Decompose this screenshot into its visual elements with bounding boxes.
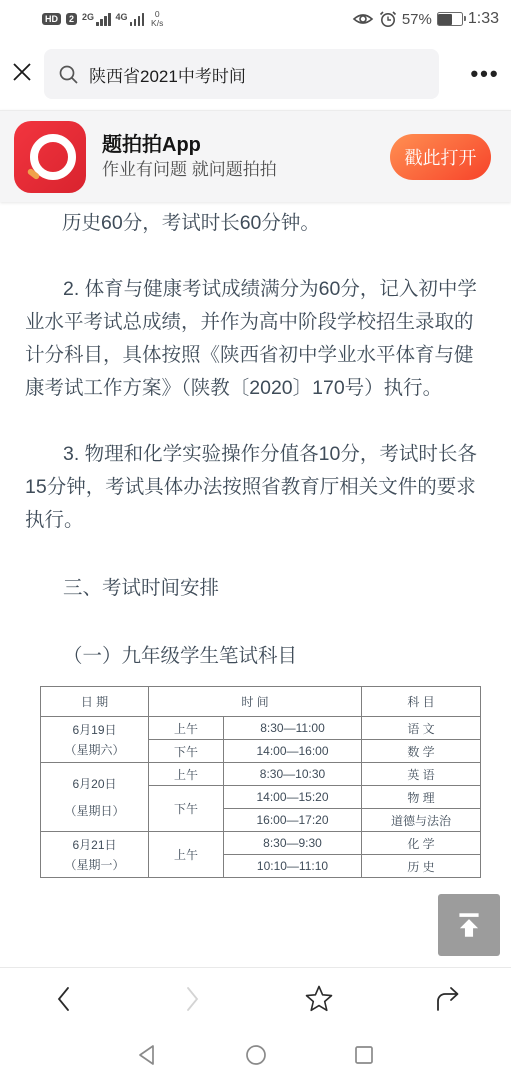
- time-cell: 14:00—16:00: [224, 740, 362, 763]
- signal-4g: 4G: [116, 13, 145, 26]
- table-row: 6月19日 （星期六） 上午 8:30—11:00 语 文: [41, 717, 481, 740]
- speed-unit: K/s: [151, 19, 163, 28]
- subject-cell: 历 史: [362, 855, 481, 878]
- app-promo-banner: 题拍拍App 作业有问题 就问题拍拍 戳此打开: [0, 110, 511, 202]
- search-query-text: 陕西省2021中考时间: [89, 62, 246, 87]
- time-cell: 8:30—11:00: [224, 717, 362, 740]
- date-cell: 6月20日 （星期日）: [41, 763, 149, 832]
- text-line: 2. 体育与健康考试成绩满分为60分，记入初中学: [0, 273, 511, 306]
- nav-home-button[interactable]: [243, 1042, 269, 1068]
- paragraph-3: 3. 物理和化学实验操作分值各10分，考试时长各 15分钟，考试具体办法按照省教…: [0, 438, 511, 537]
- phone-screen: HD 2 2G 4G 0 K/s: [0, 0, 511, 1080]
- time-cell: 16:00—17:20: [224, 809, 362, 832]
- schedule-table-wrap: 日 期 时 间 科 目 6月19日 （星期六） 上午 8:30—11:00: [40, 686, 480, 878]
- time-cell: 8:30—9:30: [224, 832, 362, 855]
- search-icon: [58, 64, 79, 85]
- subject-cell: 道德与法治: [362, 809, 481, 832]
- back-button[interactable]: [32, 977, 96, 1021]
- subject-cell: 物 理: [362, 786, 481, 809]
- paragraph-2: 2. 体育与健康考试成绩满分为60分，记入初中学 业水平考试总成绩，并作为高中阶…: [0, 273, 511, 405]
- eye-comfort-icon: [352, 11, 374, 27]
- battery-icon: [437, 12, 463, 26]
- nav-back-triangle-icon: [136, 1043, 160, 1067]
- weekday-line: （星期六）: [41, 741, 148, 758]
- status-left-cluster: HD 2 2G 4G 0 K/s: [42, 10, 163, 28]
- col-header-subject: 科 目: [362, 687, 481, 717]
- sim2-badge: 2: [66, 13, 77, 25]
- nav-home-circle-icon: [244, 1043, 268, 1067]
- session-cell: 上午: [149, 717, 224, 740]
- bookmark-button[interactable]: [287, 977, 351, 1021]
- text-line: 康考试工作方案》（陕教〔2020〕170号）执行。: [0, 372, 511, 405]
- browser-toolbar: [0, 967, 511, 1030]
- star-icon: [303, 983, 335, 1015]
- table-row: 6月21日 （星期一） 上午 8:30—9:30 化 学: [41, 832, 481, 855]
- signal-bars-icon: [96, 13, 111, 26]
- battery-percent: 57%: [402, 11, 432, 28]
- android-nav-bar: [0, 1030, 511, 1080]
- text-line: 执行。: [0, 504, 511, 537]
- app-name: 题拍拍App: [102, 132, 390, 158]
- nav-recents-button[interactable]: [351, 1042, 377, 1068]
- date-cell: 6月19日 （星期六）: [41, 717, 149, 763]
- date-line: 6月21日: [41, 836, 148, 853]
- weekday-line: （星期一）: [41, 856, 148, 873]
- alarm-icon: [379, 10, 397, 28]
- text-line: 15分钟，考试具体办法按照省教育厅相关文件的要求: [0, 471, 511, 504]
- exam-schedule-table: 日 期 时 间 科 目 6月19日 （星期六） 上午 8:30—11:00: [40, 686, 481, 878]
- close-icon: [10, 60, 34, 84]
- sub-heading: （一）九年级学生笔试科目: [0, 640, 511, 673]
- weekday-line: （星期日）: [41, 802, 148, 819]
- network-speed: 0 K/s: [151, 10, 163, 28]
- signal-2g: 2G: [82, 13, 111, 26]
- tipaipai-app-icon: [14, 121, 86, 193]
- nav-recents-square-icon: [352, 1043, 376, 1067]
- status-bar: HD 2 2G 4G 0 K/s: [0, 0, 511, 38]
- text-line: 3. 物理和化学实验操作分值各10分，考试时长各: [0, 438, 511, 471]
- banner-text: 题拍拍App 作业有问题 就问题拍拍: [102, 132, 390, 182]
- forward-icon: [181, 984, 203, 1014]
- network-4g-label: 4G: [116, 12, 128, 22]
- paragraph-fragment: 历史60分，考试时长60分钟。: [0, 207, 511, 240]
- subject-cell: 化 学: [362, 832, 481, 855]
- table-header-row: 日 期 时 间 科 目: [41, 687, 481, 717]
- share-button[interactable]: [415, 977, 479, 1021]
- menu-button[interactable]: •••: [459, 61, 511, 87]
- section-heading: 三、考试时间安排: [0, 572, 511, 605]
- search-input[interactable]: 陕西省2021中考时间: [44, 49, 439, 99]
- table-row: 6月20日 （星期日） 上午 8:30—10:30 英 语: [41, 763, 481, 786]
- session-cell: 下午: [149, 786, 224, 832]
- status-right-cluster: 57% 1:33: [352, 10, 499, 28]
- time-cell: 14:00—15:20: [224, 786, 362, 809]
- date-line: 6月20日: [41, 775, 148, 792]
- signal-bars-icon: [130, 13, 145, 26]
- scroll-to-top-button[interactable]: [438, 894, 500, 956]
- hd-badge: HD: [42, 13, 61, 25]
- share-icon: [432, 984, 462, 1014]
- date-line: 6月19日: [41, 721, 148, 738]
- scroll-top-icon: [454, 909, 484, 941]
- subject-cell: 数 学: [362, 740, 481, 763]
- back-icon: [53, 984, 75, 1014]
- session-cell: 上午: [149, 763, 224, 786]
- nav-back-button[interactable]: [135, 1042, 161, 1068]
- text-line: 业水平考试总成绩，并作为高中阶段学校招生录取的: [0, 306, 511, 339]
- col-header-date: 日 期: [41, 687, 149, 717]
- subject-cell: 语 文: [362, 717, 481, 740]
- session-cell: 下午: [149, 740, 224, 763]
- subject-cell: 英 语: [362, 763, 481, 786]
- ellipsis-icon: •••: [470, 61, 499, 86]
- open-app-button[interactable]: 戳此打开: [390, 134, 491, 180]
- forward-button[interactable]: [160, 977, 224, 1021]
- network-2g-label: 2G: [82, 12, 94, 22]
- time-cell: 10:10—11:10: [224, 855, 362, 878]
- session-cell: 上午: [149, 832, 224, 878]
- time-cell: 8:30—10:30: [224, 763, 362, 786]
- close-button[interactable]: [0, 60, 44, 89]
- article-content: 历史60分，考试时长60分钟。 2. 体育与健康考试成绩满分为60分，记入初中学…: [0, 202, 511, 878]
- status-time: 1:33: [468, 10, 499, 28]
- text-line: 计分科目，具体按照《陕西省初中学业水平体育与健: [0, 339, 511, 372]
- col-header-time: 时 间: [149, 687, 362, 717]
- browser-search-bar: 陕西省2021中考时间 •••: [0, 38, 511, 110]
- date-cell: 6月21日 （星期一）: [41, 832, 149, 878]
- app-tagline: 作业有问题 就问题拍拍: [102, 158, 390, 182]
